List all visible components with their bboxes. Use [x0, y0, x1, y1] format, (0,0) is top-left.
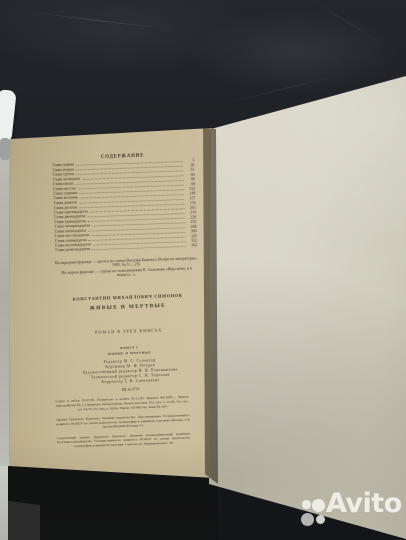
book-subtitle: РОМАН В ТРЕХ КНИГАХ	[51, 326, 206, 336]
ib-number: ИБ № 6719	[53, 385, 208, 394]
avito-logo-circle-icon	[312, 499, 325, 512]
avito-watermark: Avito	[282, 488, 406, 534]
dot-leader	[92, 246, 186, 250]
book-title: ЖИВЫЕ И МЕРТВЫЕ	[50, 301, 205, 312]
avito-logo-circle-icon	[302, 500, 311, 509]
avito-logo-circle-icon	[316, 515, 325, 524]
book-fore-edge-bottom	[0, 466, 8, 540]
avito-wordmark: Avito	[326, 488, 402, 519]
table-of-contents: Глава первая 3 Глава вторая 30 Глава тре…	[52, 158, 197, 253]
listing-photo: СОДЕРЖАНИЕ Глава первая 3 Глава вторая 3…	[0, 0, 406, 540]
chapter-label: Глава девятнадцатая	[55, 247, 90, 253]
credits-block: Редактор М. С. Селектор Художник М. Ф. П…	[52, 356, 208, 386]
left-page-text: СОДЕРЖАНИЕ Глава первая 3 Глава вторая 3…	[45, 151, 210, 455]
chapter-page-number: 362	[188, 243, 198, 248]
avito-logo-circle-icon	[301, 513, 315, 527]
imprint-paragraph: Сдано в набор 25.07.85. Подписано в печа…	[55, 395, 189, 413]
forzats-notes: На переднем форзаце — цитата из статьи В…	[54, 256, 198, 280]
imprint-paragraph: Ордена Трудового Красного Знамени издате…	[56, 413, 190, 431]
imprint-paragraph: Саратовский ордена Трудового Красного Зн…	[57, 431, 191, 449]
white-paper-edge-shadow	[0, 138, 10, 160]
imprint-block: Сдано в набор 25.07.85. Подписано в печа…	[53, 394, 210, 449]
